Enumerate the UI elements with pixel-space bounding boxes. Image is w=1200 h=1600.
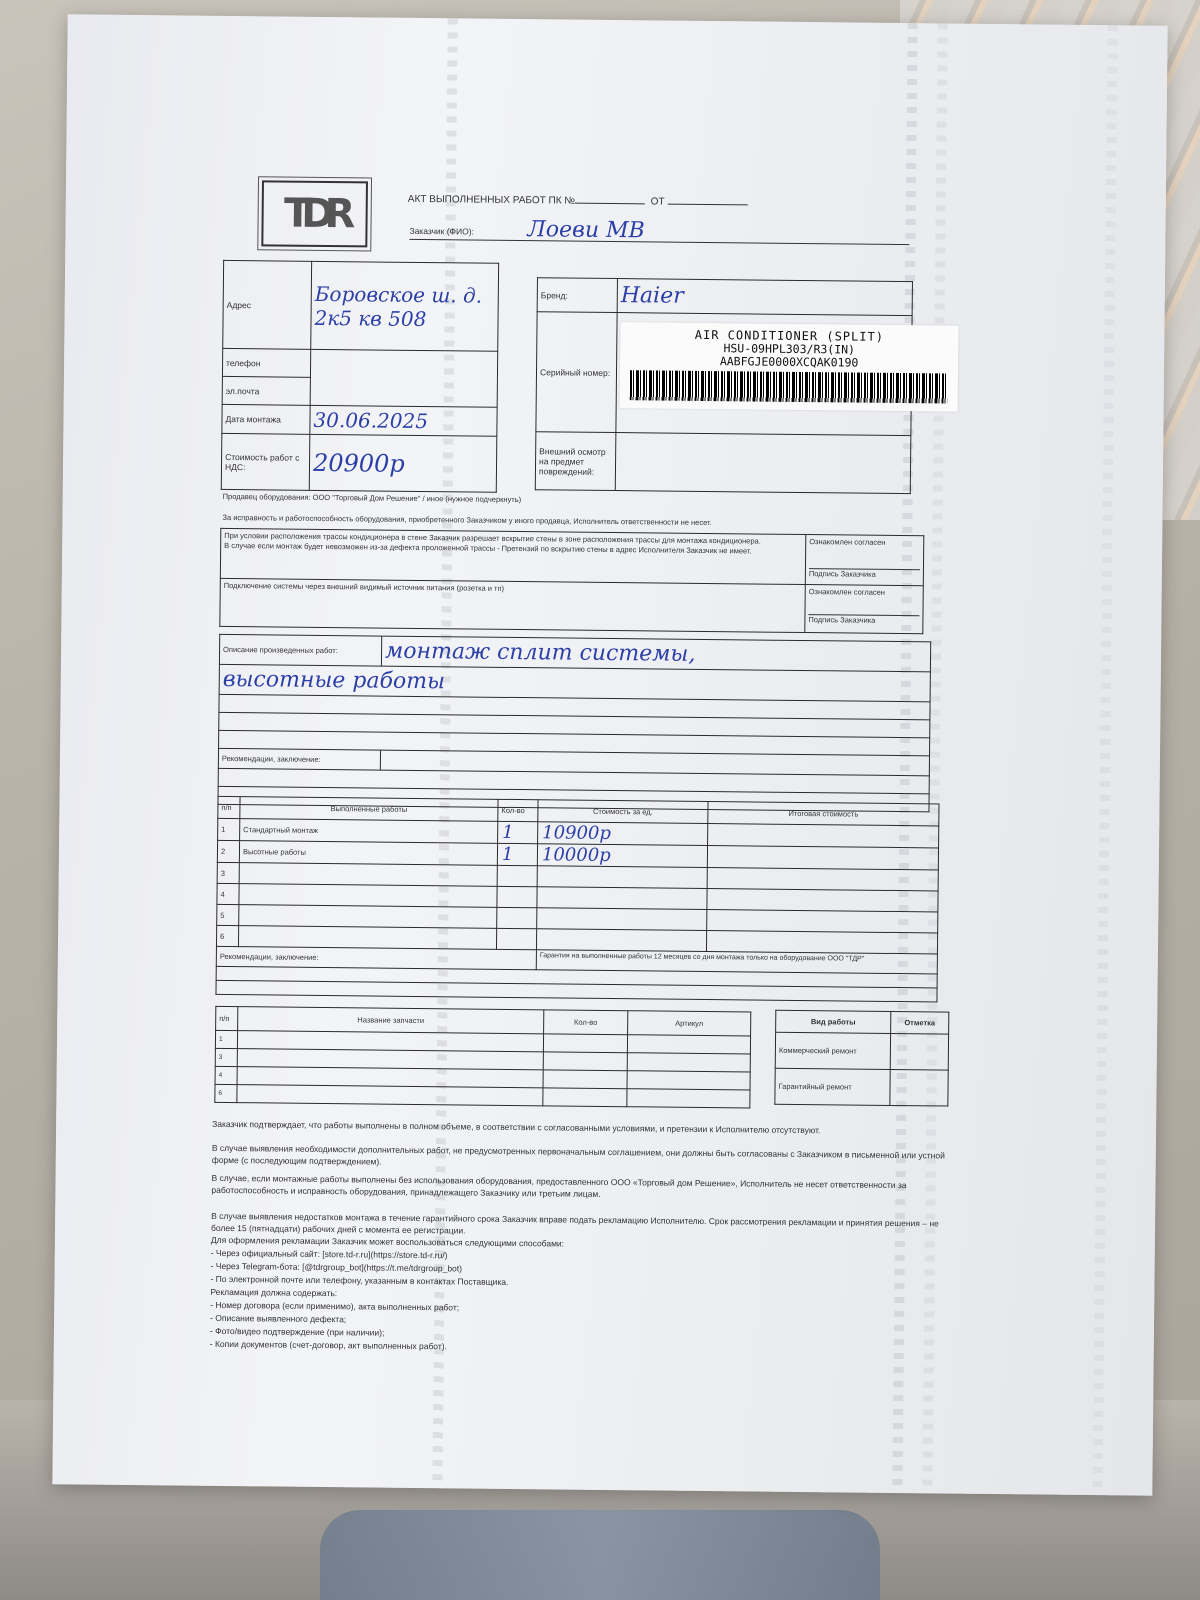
part-article[interactable] (627, 1053, 750, 1072)
recommendations-label: Рекомендации, заключение: (218, 748, 380, 770)
agreements-table: При условии расположения трассы кондицио… (219, 528, 924, 634)
work-unit-cost[interactable] (537, 908, 707, 931)
work-quantity[interactable]: 1 (497, 843, 537, 865)
terms-liability: В случае, если монтажные работы выполнен… (211, 1172, 951, 1204)
work-total-cost[interactable] (706, 931, 937, 954)
part-quantity[interactable] (543, 1088, 627, 1107)
act-date-field[interactable] (667, 204, 747, 206)
work-total-cost[interactable] (707, 868, 938, 891)
part-quantity[interactable] (543, 1070, 627, 1089)
phone-value[interactable] (310, 349, 498, 407)
work-unit-cost[interactable]: 10900р (538, 822, 708, 846)
agreement-1-sign-cell[interactable]: Ознакомлен согласен Подпись Заказчика (805, 535, 924, 586)
paper-document: TDR АКТ ВЫПОЛНЕННЫХ РАБОТ ПК № ОТ Заказч… (52, 14, 1167, 1495)
work-total-cost[interactable] (707, 889, 938, 912)
warranty-repair-checkbox[interactable] (890, 1069, 948, 1106)
parts-table: п/пНазвание запчастиКол-воАртикул 1346 (214, 1006, 751, 1109)
work-unit-cost[interactable] (537, 866, 707, 889)
act-number-field[interactable] (575, 203, 645, 205)
part-article[interactable] (627, 1071, 750, 1090)
address-label: Адрес (223, 260, 312, 349)
act-title: АКТ ВЫПОЛНЕННЫХ РАБОТ ПК № ОТ (408, 194, 748, 209)
client-info-table: Адрес Боровское ш. д. 2к5 кв 508 телефон… (221, 260, 499, 493)
brand-value[interactable]: Haier (617, 279, 912, 316)
work-name[interactable]: Стандартный монтаж (240, 819, 498, 844)
work-total-cost[interactable] (707, 910, 938, 933)
customer-name-value[interactable]: Лоеви МВ (527, 217, 645, 243)
cost-value[interactable]: 20900р (309, 434, 497, 492)
agreement-wall-text: При условии расположения трассы кондицио… (220, 528, 805, 584)
row-number: 1 (215, 1030, 237, 1048)
works-header-cell: п/п (218, 796, 240, 818)
terms-additional-work: В случае выявления необходимости дополни… (212, 1142, 952, 1174)
row-number: 5 (217, 904, 239, 925)
warranty-repair-label: Гарантийный ремонт (775, 1068, 890, 1105)
serial-sticker: AIR CONDITIONER (SPLIT) HSU-09HPL303/R3(… (620, 322, 959, 412)
part-name[interactable] (237, 1085, 543, 1106)
sticker-serial: AABFGJE0000XCQAK0190 (620, 354, 958, 371)
work-name[interactable] (238, 926, 496, 950)
seller-line: Продавец оборудования: ООО "Торговый Дом… (223, 492, 522, 504)
address-value[interactable]: Боровское ш. д. 2к5 кв 508 (311, 261, 499, 351)
repair-mark-header: Отметка (891, 1011, 949, 1034)
install-date-label: Дата монтажа (222, 404, 310, 434)
parts-header-cell: Название запчасти (238, 1007, 544, 1034)
phone-label: телефон (222, 348, 310, 377)
parts-header-cell: Кол-во (544, 1010, 628, 1035)
row-number: 4 (215, 1066, 237, 1084)
row-number: 4 (217, 883, 239, 904)
work-total-cost[interactable] (707, 846, 938, 870)
work-description-label: Описание произведенных работ: (219, 634, 381, 666)
inspection-label: Внешний осмотр на предмет повреждений: (535, 432, 616, 491)
work-quantity[interactable] (496, 928, 536, 949)
row-number: 2 (217, 840, 239, 862)
part-article[interactable] (627, 1089, 750, 1108)
work-description-table: Описание произведенных работ: монтаж спл… (217, 634, 931, 812)
works-header-cell: Выполненные работы (240, 797, 498, 822)
repair-type-table: Вид работы Отметка Коммерческий ремонт Г… (774, 1010, 949, 1107)
work-unit-cost[interactable] (536, 929, 706, 952)
row-number: 3 (217, 862, 239, 883)
repair-type-header: Вид работы (776, 1010, 891, 1033)
row-number: 1 (218, 818, 240, 840)
works-header-cell: Стоимость за ед. (538, 800, 708, 824)
agreement-power-text: Подключение системы через внешний видимы… (220, 578, 805, 632)
work-quantity[interactable] (497, 886, 537, 907)
brand-label: Бренд: (537, 278, 617, 313)
terms-confirmation: Заказчик подтверждает, что работы выполн… (212, 1118, 952, 1138)
liability-line: За исправность и работоспособность обору… (222, 513, 711, 527)
parts-header-cell: Артикул (628, 1011, 751, 1036)
work-name[interactable] (239, 884, 497, 908)
customer-row: Заказчик (ФИО): Лоеви МВ (409, 218, 909, 245)
work-quantity[interactable]: 1 (498, 821, 538, 843)
row-number: 6 (215, 1084, 237, 1102)
works-header-cell: Итоговая стоимость (708, 802, 939, 826)
customer-label: Заказчик (ФИО): (409, 226, 474, 238)
work-name[interactable]: Высотные работы (239, 841, 497, 866)
parts-header-cell: п/п (216, 1006, 238, 1030)
work-name[interactable] (239, 905, 497, 929)
work-unit-cost[interactable]: 10000р (537, 844, 707, 868)
works-table: п/пВыполненные работыКол-воСтоимость за … (215, 796, 939, 1003)
serial-label: Серийный номер: (536, 312, 617, 433)
inspection-value[interactable] (615, 433, 911, 494)
work-total-cost[interactable] (708, 824, 939, 848)
work-unit-cost[interactable] (537, 887, 707, 910)
company-logo: TDR (261, 180, 368, 247)
background-legs (320, 1510, 880, 1600)
row-number: 3 (215, 1048, 237, 1066)
cost-label: Стоимость работ с НДС: (221, 433, 310, 490)
install-date-value[interactable]: 30.06.2025 (310, 405, 497, 436)
part-quantity[interactable] (543, 1052, 627, 1071)
works-header-cell: Кол-во (498, 799, 538, 821)
row-number: 6 (216, 925, 238, 946)
barcode-icon (630, 370, 948, 403)
work-quantity[interactable] (497, 865, 537, 886)
work-quantity[interactable] (497, 907, 537, 928)
commercial-repair-label: Коммерческий ремонт (775, 1032, 890, 1069)
commercial-repair-checkbox[interactable] (890, 1033, 948, 1070)
part-quantity[interactable] (543, 1034, 627, 1053)
agreement-2-sign-cell[interactable]: Ознакомлен согласен Подпись Заказчика (805, 585, 923, 634)
email-label: эл.почта (222, 376, 310, 405)
part-article[interactable] (627, 1035, 750, 1054)
work-name[interactable] (239, 863, 497, 887)
